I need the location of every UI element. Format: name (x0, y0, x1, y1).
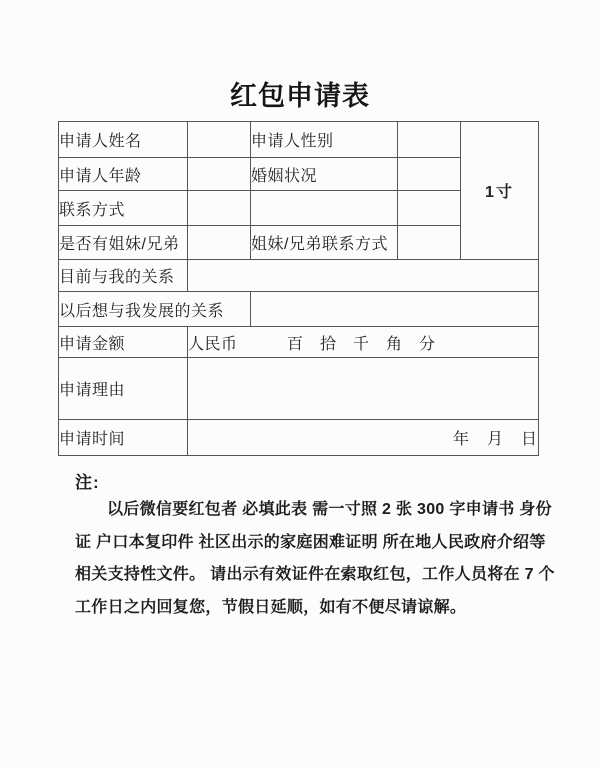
empty-cell (398, 191, 461, 226)
row-reason: 申请理由 (59, 358, 539, 420)
photo-box: 1寸 (461, 122, 539, 260)
value-cell-siblings (188, 226, 251, 260)
row-current-relation: 目前与我的关系 (59, 260, 539, 292)
value-cell-name (188, 122, 251, 158)
label-future-relation: 以后想与我发展的关系 (59, 292, 251, 327)
note-line: 相关支持性文件。 请出示有效证件在索取红包，工作人员将在 7 个 (75, 559, 547, 592)
form-title: 红包申请表 (0, 74, 600, 113)
label-siblings-contact: 姐妹/兄弟联系方式 (251, 226, 398, 260)
value-cell-gender (398, 122, 461, 158)
note-line: 证 户口本复印件 社区出示的家庭困难证明 所在地人民政府介绍等 (75, 527, 547, 560)
note-label: 注: (75, 468, 100, 493)
row-apply-date: 申请时间 年 月 日 (59, 420, 539, 456)
value-cell-siblings-contact (398, 226, 461, 260)
value-cell-future-relation (251, 292, 539, 327)
row-name-gender: 申请人姓名 申请人性别 1寸 (59, 122, 539, 158)
label-siblings: 是否有姐妹/兄弟 (59, 226, 188, 260)
label-current-relation: 目前与我的关系 (59, 260, 188, 292)
row-amount: 申请金额 人民币 百 拾 千 角 分 (59, 327, 539, 358)
value-cell-current-relation (188, 260, 539, 292)
application-table: 申请人姓名 申请人性别 1寸 申请人年龄 婚姻状况 联系方式 是否有姐妹/兄弟 (58, 121, 539, 456)
value-cell-reason (188, 358, 539, 420)
label-applicant-name: 申请人姓名 (59, 122, 188, 158)
empty-cell (251, 191, 398, 226)
label-marital-status: 婚姻状况 (251, 158, 398, 191)
date-units-cell: 年 月 日 (188, 420, 539, 456)
label-amount: 申请金额 (59, 327, 188, 358)
note-line: 以后微信要红包者 必填此表 需一寸照 2 张 300 字申请书 身份 (75, 494, 547, 527)
label-applicant-age: 申请人年龄 (59, 158, 188, 191)
value-cell-age (188, 158, 251, 191)
value-cell-marital (398, 158, 461, 191)
label-apply-date: 申请时间 (59, 420, 188, 456)
note-paragraph: 以后微信要红包者 必填此表 需一寸照 2 张 300 字申请书 身份 证 户口本… (75, 494, 547, 624)
form-page: 红包申请表 申请人姓名 申请人性别 1寸 申请人年龄 婚姻状况 (0, 0, 600, 767)
label-contact: 联系方式 (59, 191, 188, 226)
label-applicant-gender: 申请人性别 (251, 122, 398, 158)
row-future-relation: 以后想与我发展的关系 (59, 292, 539, 327)
amount-units-cell: 人民币 百 拾 千 角 分 (188, 327, 539, 358)
label-reason: 申请理由 (59, 358, 188, 420)
note-line: 工作日之内回复您，节假日延顺，如有不便尽请谅解。 (75, 592, 547, 625)
value-cell-contact (188, 191, 251, 226)
